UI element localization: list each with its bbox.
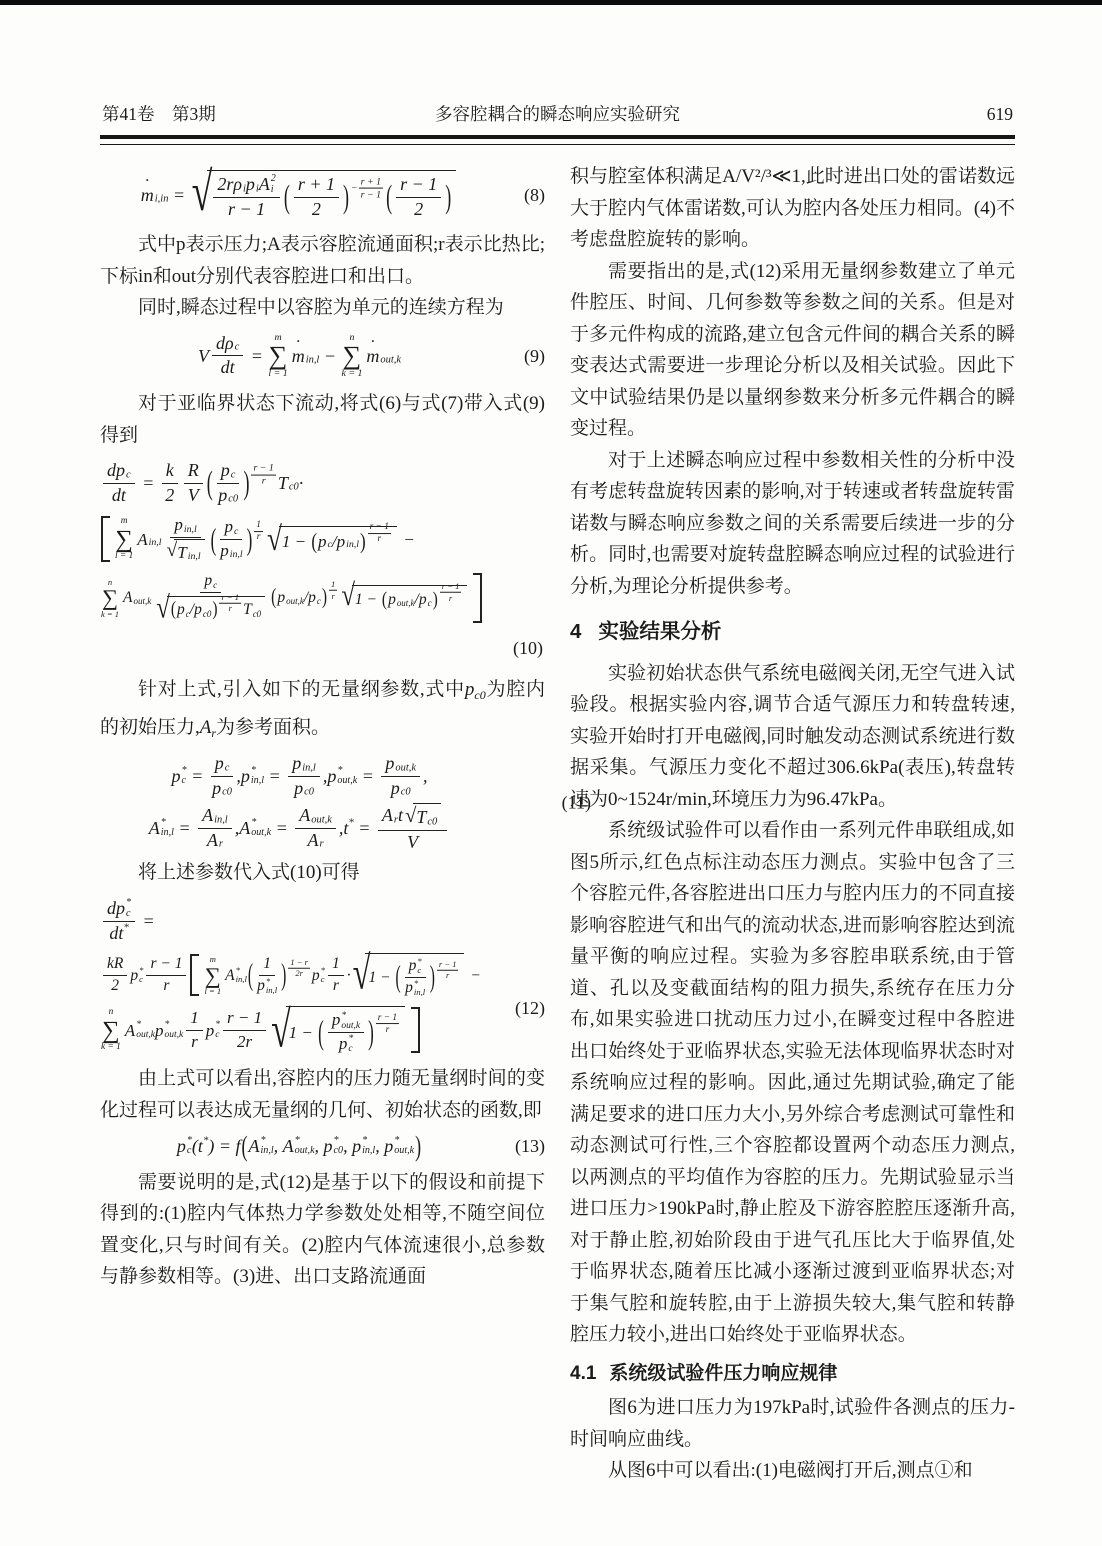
equation-12-line-3: n∑k = 1A*out,kp*out,k1rp*cr − 12r√1 − (p… (100, 1006, 545, 1054)
paragraph-assumptions: 需要说明的是,式(12)是基于以下的假设和前提下得到的:(1)腔内气体热力学参数… (100, 1167, 545, 1293)
paragraph-figure6-obs: 从图6中可以看出:(1)电磁阀打开后,测点①和 (570, 1455, 1015, 1487)
page-sheet: 第41卷 第3期 多容腔耦合的瞬态响应实验研究 619 (8)mi,in = √… (0, 5, 1102, 1487)
section-4-heading: 4 实验结果分析 (570, 616, 1015, 648)
section-4-1-number: 4.1 (570, 1358, 596, 1390)
page-number: 619 (987, 104, 1013, 125)
equation-11-label: (11) (562, 788, 591, 820)
paragraph-assumptions-cont: 积与腔室体积满足A/V²/³≪1,此时进出口处的雷诺数远大于腔内气体雷诺数,可认… (570, 161, 1015, 256)
equation-9-label: (9) (524, 345, 545, 368)
equation-10-line-1: dpcdt = k2RV(pcpc0)r − 1rTc0· (100, 460, 545, 506)
equation-10-line-2: m∑l = 1Ain,lpin,l√Tin,l(pcpin,l)1r√1 − (… (100, 515, 545, 563)
two-column-body: (8)mi,in = √2rρipiA2ir − 1(r + 12)−r + 1… (100, 161, 1015, 1487)
paragraph-rotation-note: 对于上述瞬态响应过程中参数相关性的分析中没有考虑转盘旋转因素的影响,对于转速或者… (570, 445, 1015, 603)
equation-11: p*c = pcpc0,p*in,l = pin,lpc0,p*out,k = … (100, 753, 545, 853)
paragraph-eq12-note: 需要指出的是,式(12)采用无量纲参数建立了单元件腔压、时间、几何参数等参数之间… (570, 256, 1015, 445)
equation-12-line-1: dp*cdt* = (100, 898, 545, 944)
equation-11-line-1: p*c = pcpc0,p*in,l = pin,lpc0,p*out,k = … (100, 753, 499, 799)
symbol-A: A (200, 717, 212, 738)
equation-10-line-3: n∑k = 1Aout,kpc√(pc/pc0)r − 1rTc0(pout,k… (100, 572, 545, 623)
paragraph-system-test: 系统级试验件可以看作由一系列元件串联组成,如图5所示,红色点标注动态压力测点。实… (570, 815, 1015, 1351)
equation-9: (9)Vdρcdt = m∑l = 1min,l − n∑k = 1mout,k (100, 333, 545, 380)
symbol-p-sub: c0 (474, 688, 485, 702)
section-4-title: 实验结果分析 (598, 616, 721, 648)
header-rule (100, 135, 1015, 145)
paragraph-continuity-intro: 同时,瞬态过程中以容腔为单元的连续方程为 (100, 292, 545, 324)
paragraph-dimensionless-intro: 针对上式,引入如下的无量纲参数,式中pc0为腔内的初始压力,Ar为参考面积。 (100, 674, 545, 749)
paragraph-subcritical-intro: 对于亚临界状态下流动,将式(6)与式(7)带入式(9)得到 (100, 388, 545, 451)
left-column: (8)mi,in = √2rρipiA2ir − 1(r + 12)−r + 1… (100, 161, 545, 1487)
page-header: 第41卷 第3期 多容腔耦合的瞬态响应实验研究 619 (100, 101, 1015, 135)
right-column: 积与腔室体积满足A/V²/³≪1,此时进出口处的雷诺数远大于腔内气体雷诺数,可认… (570, 161, 1015, 1487)
equation-13-label: (13) (515, 1135, 545, 1158)
section-4-1-title: 系统级试验件压力响应规律 (609, 1358, 837, 1390)
journal-volume-issue: 第41卷 第3期 (102, 101, 216, 126)
equation-10-label: (10) (100, 633, 543, 665)
symbol-p: p (465, 679, 475, 700)
section-4-number: 4 (570, 616, 581, 648)
equation-13: (13)p*c(t*) = f(A*in,l, A*out,k, p*c0, p… (100, 1135, 545, 1158)
paragraph-experiment-setup: 实验初始状态供气系统电磁阀关闭,无空气进入试验段。根据实验内容,调节合适气源压力… (570, 658, 1015, 816)
equation-8-label: (8) (524, 184, 545, 207)
equation-11-line-2: A*in,l = Ain,lAr,A*out,k = Aout,kAr,t* =… (100, 803, 499, 853)
equation-12-line-2: (12)kR2p*cr − 1rm∑l = 1A*in,l(1p*in,l)1 … (100, 953, 545, 997)
running-title: 多容腔耦合的瞬态响应实验研究 (435, 101, 680, 126)
equation-8: (8)mi,in = √2rρipiA2ir − 1(r + 12)−r + 1… (100, 170, 545, 220)
paragraph-substitute-intro: 将上述参数代入式(10)可得 (100, 857, 545, 889)
paragraph-figure6-intro: 图6为进口压力为197kPa时,试验件各测点的压力-时间响应曲线。 (570, 1392, 1015, 1455)
paragraph-function-intro: 由上式可以看出,容腔内的压力随无量纲时间的变化过程可以表达成无量纲的几何、初始状… (100, 1063, 545, 1126)
section-4-1-heading: 4.1 系统级试验件压力响应规律 (570, 1358, 1015, 1390)
paragraph-eq8-note: 式中p表示压力;A表示容腔流通面积;r表示比热比;下标in和out分别代表容腔进… (100, 229, 545, 292)
